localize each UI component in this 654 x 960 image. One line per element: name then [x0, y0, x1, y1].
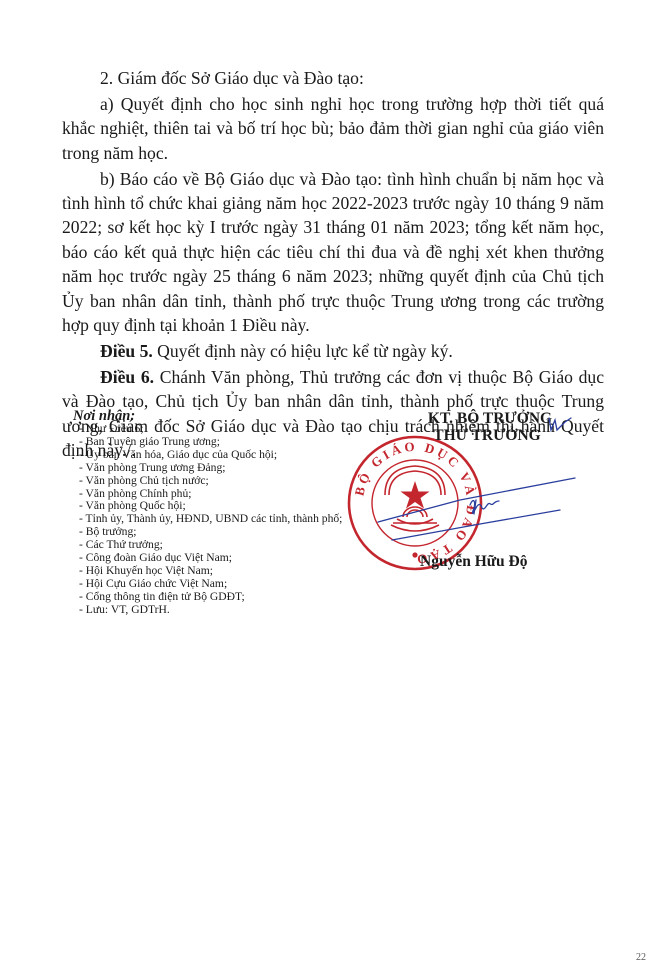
article-5: Điều 5. Quyết định này có hiệu lực kể từ… — [62, 339, 604, 363]
recipient-item: - Văn phòng Chủ tịch nước; — [79, 475, 342, 488]
document-page: 2. Giám đốc Sở Giáo dục và Đào tạo: a) Q… — [0, 0, 654, 960]
recipient-item: - Hội Cựu Giáo chức Việt Nam; — [79, 578, 342, 591]
paragraph-item-a: a) Quyết định cho học sinh nghỉ học tron… — [62, 92, 604, 165]
paragraph-director-heading: 2. Giám đốc Sở Giáo dục và Đào tạo: — [62, 66, 604, 90]
signature-title-line-2: THỨ TRƯỞNG — [394, 427, 580, 444]
recipient-item: - Lưu: VT, GDTrH. — [79, 604, 342, 617]
paragraph-text: b) Báo cáo về Bộ Giáo dục và Đào tạo: tì… — [62, 169, 604, 335]
page-number: 22 — [636, 952, 646, 960]
paragraph-text: a) Quyết định cho học sinh nghỉ học tron… — [62, 94, 604, 163]
signer-name: Nguyễn Hữu Độ — [420, 553, 528, 571]
paragraph-text: Quyết định này có hiệu lực kể từ ngày ký… — [153, 341, 453, 361]
article-heading: Điều 6. — [100, 367, 154, 387]
document-body: 2. Giám đốc Sở Giáo dục và Đào tạo: a) Q… — [62, 66, 604, 463]
recipients-list: - Như Điều 6; - Ban Tuyên giáo Trung ươn… — [73, 423, 342, 617]
recipient-item: - Ban Tuyên giáo Trung ương; — [79, 436, 342, 449]
signature-title-line-1: KT. BỘ TRƯỞNG — [400, 410, 580, 427]
recipients-block: Nơi nhận: - Như Điều 6; - Ban Tuyên giáo… — [73, 409, 342, 617]
recipient-item: - Cổng thông tin điện tử Bộ GDĐT; — [79, 591, 342, 604]
recipient-item: - Ủy ban Văn hóa, Giáo dục của Quốc hội; — [79, 449, 342, 462]
recipients-title: Nơi nhận: — [73, 409, 342, 423]
paragraph-item-b: b) Báo cáo về Bộ Giáo dục và Đào tạo: tì… — [62, 167, 604, 338]
recipient-item: - Như Điều 6; — [79, 423, 342, 436]
article-heading: Điều 5. — [100, 341, 153, 361]
recipient-item: - Hội Khuyến học Việt Nam; — [79, 565, 342, 578]
official-seal-icon: BỘ GIÁO DỤC VÀ ĐÀO TẠO — [345, 433, 485, 573]
recipient-item: - Văn phòng Trung ương Đảng; — [79, 462, 342, 475]
signature-title-block: KT. BỘ TRƯỞNG THỨ TRƯỞNG — [400, 410, 580, 444]
svg-text:BỘ GIÁO DỤC VÀ ĐÀO TẠO: BỘ GIÁO DỤC VÀ ĐÀO TẠO — [351, 439, 479, 568]
paragraph-text: 2. Giám đốc Sở Giáo dục và Đào tạo: — [100, 68, 364, 88]
